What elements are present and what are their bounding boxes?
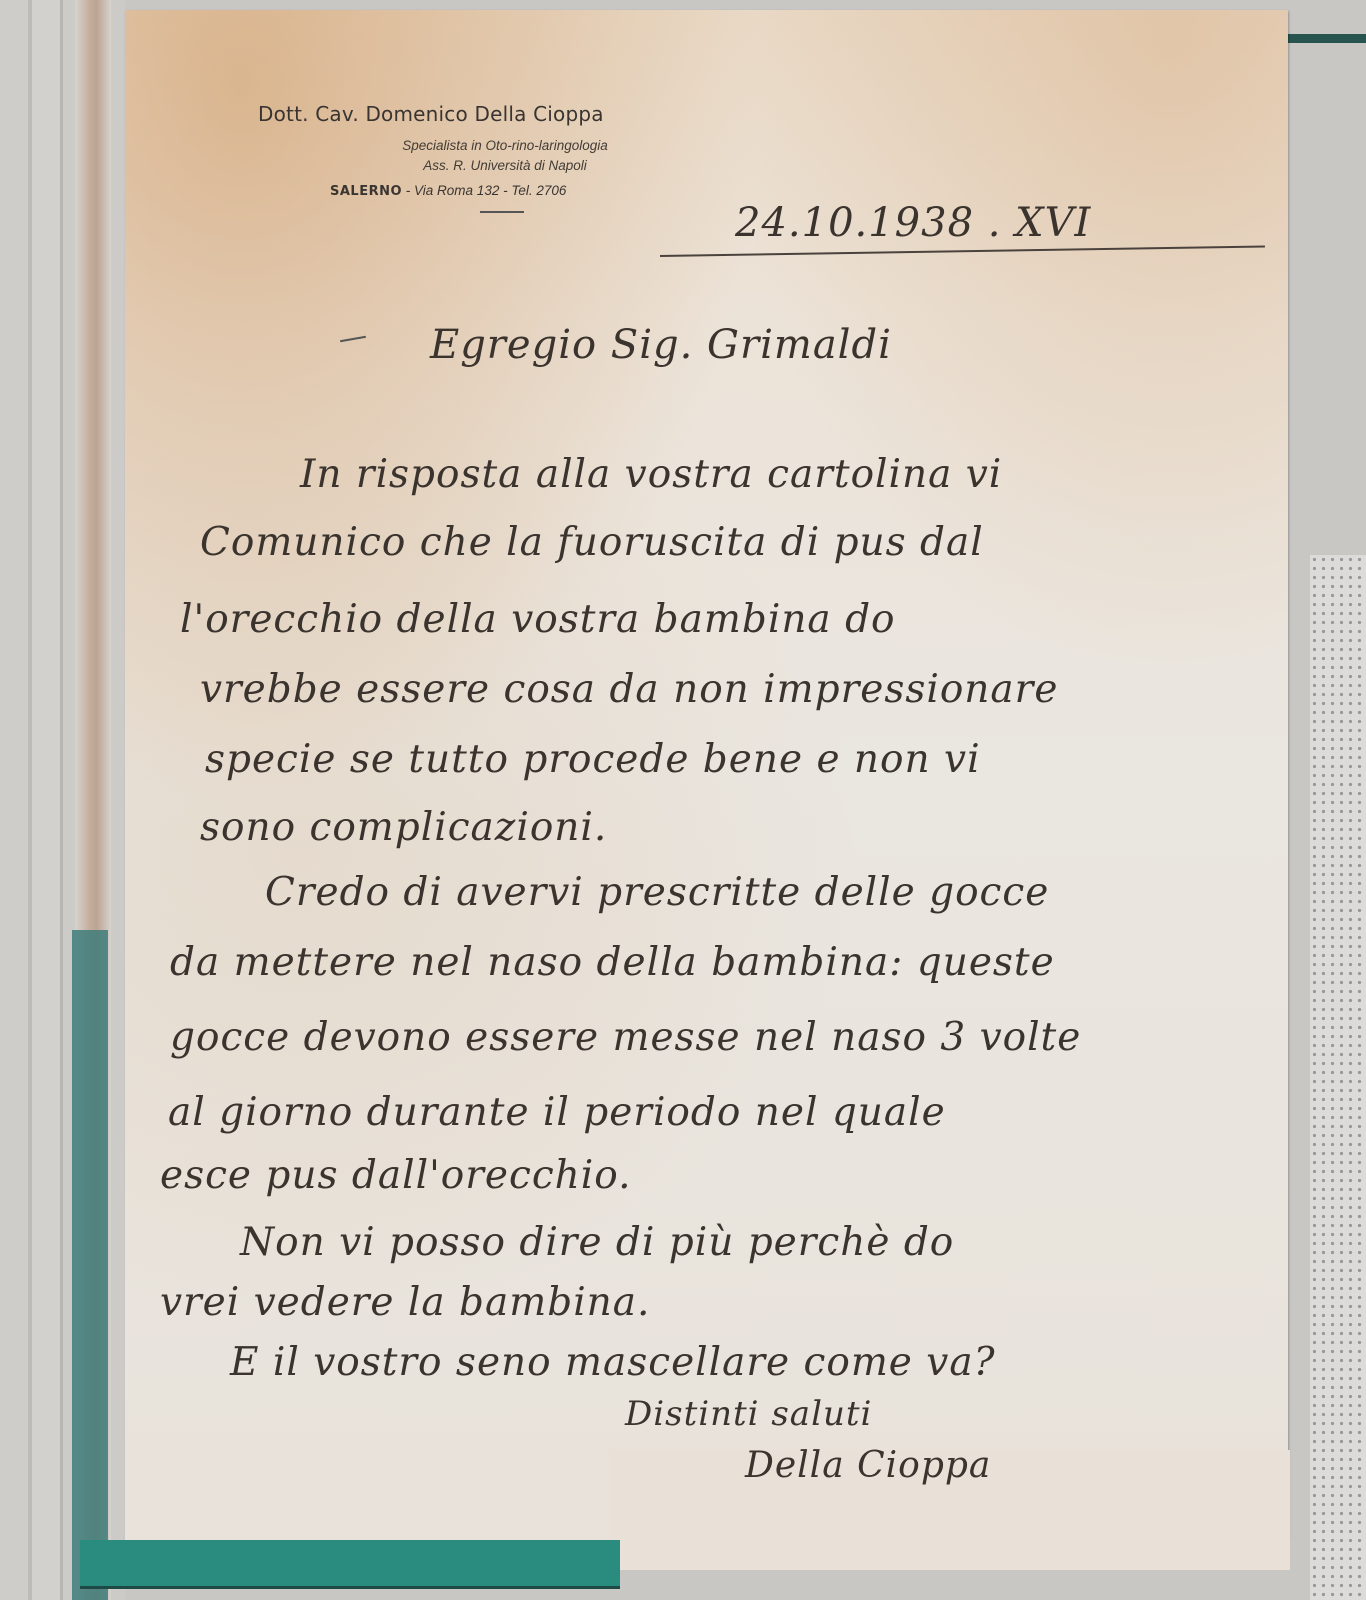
body-line: vrei vedere la bambina. — [160, 1280, 650, 1325]
salutation: Egregio Sig. Grimaldi — [430, 322, 892, 368]
body-line: E il vostro seno mascellare come va? — [230, 1340, 995, 1385]
teal-tape-top-right — [1283, 34, 1366, 43]
letterhead-address: SALERNO - Via Roma 132 - Tel. 2706 — [330, 183, 566, 199]
teal-tape-bottom — [80, 1540, 620, 1589]
body-line: gocce devono essere messe nel naso 3 vol… — [170, 1015, 1081, 1060]
closing: Distinti saluti — [625, 1394, 872, 1434]
body-line: sono complicazioni. — [200, 805, 607, 850]
body-line: Credo di avervi prescritte delle gocce — [265, 870, 1049, 915]
body-line: al giorno durante il periodo nel quale — [168, 1090, 946, 1135]
body-line: da mettere nel naso della bambina: quest… — [170, 940, 1055, 985]
body-line: l'orecchio della vostra bambina do — [180, 597, 896, 642]
letterhead-name: Dott. Cav. Domenico Della Cioppa — [258, 102, 604, 126]
letterhead-divider — [480, 211, 524, 213]
teal-tape-left — [72, 930, 108, 1600]
body-line: Comunico che la fuoruscita di pus dal — [200, 520, 984, 565]
letter-date: 24.10.1938 . XVI — [735, 200, 1091, 246]
body-line: specie se tutto procede bene e non vi — [205, 737, 981, 782]
letterhead-street-phone: - Via Roma 132 - Tel. 2706 — [402, 183, 566, 198]
letterhead-city: SALERNO — [330, 184, 402, 199]
dotted-background-panel — [1310, 555, 1366, 1600]
letterhead-specialty: Specialista in Oto-rino-laringologia — [305, 138, 705, 153]
body-line: Non vi posso dire di più perchè do — [240, 1220, 954, 1265]
body-line: In risposta alla vostra cartolina vi — [300, 452, 1002, 497]
letterhead-affiliation: Ass. R. Università di Napoli — [305, 158, 705, 173]
signature: Della Cioppa — [745, 1445, 991, 1486]
body-line: vrebbe essere cosa da non impressionare — [200, 667, 1058, 712]
body-line: esce pus dall'orecchio. — [160, 1153, 631, 1198]
